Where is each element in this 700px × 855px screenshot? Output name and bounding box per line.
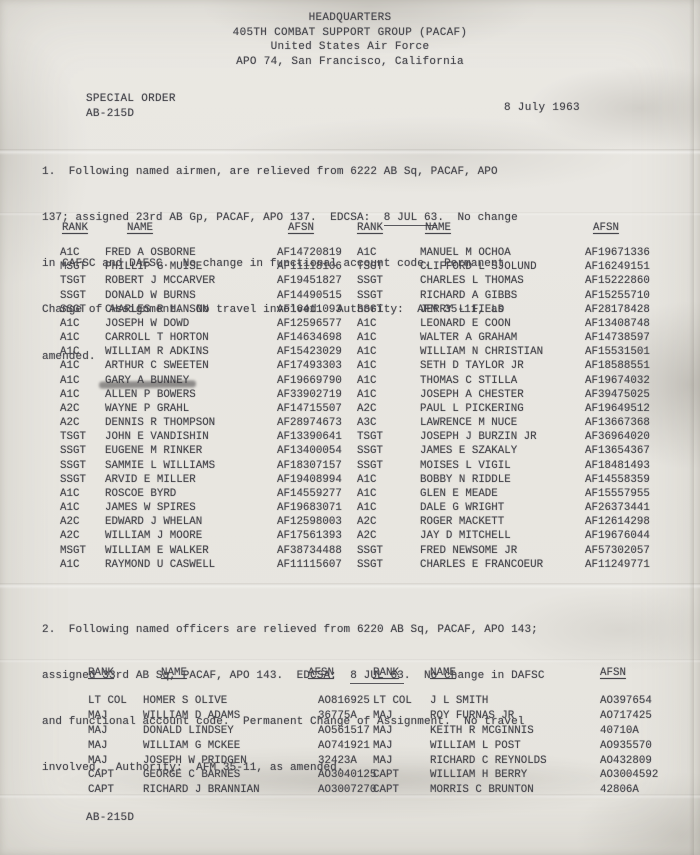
table-cell: MAJ — [88, 709, 143, 724]
table-body: A1CFRED A OSBORNEAF14720819A1CMANUEL M O… — [60, 246, 678, 572]
table-cell: LEONARD E COON — [420, 317, 585, 331]
table-cell: A1C — [60, 501, 105, 515]
table-row: A1CARTHUR C SWEETENAF17493303A1CSETH D T… — [60, 359, 678, 373]
table-row: MSGTWILLIAM E WALKERAF38734488SSGTFRED N… — [60, 544, 678, 558]
table-row: MAJWILLIAM D ADAMS36775AMAJROY FURNAS JR… — [88, 709, 680, 724]
table-cell: AF19676044 — [585, 529, 678, 543]
table-cell: AF17493303 — [277, 359, 357, 373]
table-cell: CHARLES L THOMAS — [420, 274, 585, 288]
table-cell: ROGER MACKETT — [420, 515, 585, 529]
table-cell: GLEN E MEADE — [420, 487, 585, 501]
table-cell: JAMES E SZAKALY — [420, 444, 585, 458]
table-row: A1CGARY A BUNNEYAF19669790A1CTHOMAS C ST… — [60, 374, 678, 388]
letterhead-line-headquarters: HEADQUARTERS — [0, 11, 700, 26]
table-cell: LT COL — [373, 694, 430, 709]
table-cell: AF14738597 — [585, 331, 678, 345]
column-header-afsn: AFSN — [308, 667, 334, 681]
table-cell: CAPT — [373, 783, 430, 798]
table-cell: AO717425 — [600, 709, 680, 724]
table-cell: SSGT — [357, 289, 420, 303]
table-cell: EDWARD J WHELAN — [105, 515, 277, 529]
table-cell: KEITH R MCGINNIS — [430, 724, 600, 739]
letterhead-line-address: APO 74, San Francisco, California — [0, 55, 700, 70]
paragraph-line: 2. Following named officers are relieved… — [42, 623, 545, 638]
table-cell: AF18307157 — [277, 459, 357, 473]
table-cell: AF16249151 — [585, 260, 678, 274]
table-row: SSGTARVID E MILLERAF19408994A1CBOBBY N R… — [60, 473, 678, 487]
table-cell: JERRY L FIELD — [420, 303, 585, 317]
table-cell: DONALD LINDSEY — [143, 724, 318, 739]
table-cell: CHARLES E FRANCOEUR — [420, 558, 585, 572]
table-cell: LAWRENCE M NUCE — [420, 416, 585, 430]
column-header-name: NAME — [430, 667, 456, 681]
table-row: A1CROSCOE BYRDAF14559277A1CGLEN E MEADEA… — [60, 487, 678, 501]
letterhead-line-service: United States Air Force — [0, 40, 700, 55]
table-cell: AF14558359 — [585, 473, 678, 487]
table-cell: WALTER A GRAHAM — [420, 331, 585, 345]
table-row: A2CEDWARD J WHELANAF12598003A2CROGER MAC… — [60, 515, 678, 529]
table-cell: RICHARD J BRANNIAN — [143, 783, 318, 798]
table-cell: AF14559277 — [277, 487, 357, 501]
table-cell: AF14720819 — [277, 246, 357, 260]
paper-edge-shadow — [689, 0, 694, 855]
table-cell: J L SMITH — [430, 694, 600, 709]
table-cell: AF19451827 — [277, 274, 357, 288]
table-cell: AF13390641 — [277, 430, 357, 444]
table-cell: A1C — [60, 374, 105, 388]
table-cell: AF19683071 — [277, 501, 357, 515]
table-cell: SSGT — [357, 274, 420, 288]
table-row: A1CALLEN P BOWERSAF33902719A1CJOSEPH A C… — [60, 388, 678, 402]
table-cell: AF15222860 — [585, 274, 678, 288]
column-header-name: NAME — [420, 222, 451, 236]
table-cell: AF38734488 — [277, 544, 357, 558]
table-row: MAJDONALD LINDSEYAO561517MAJKEITH R MCGI… — [88, 724, 680, 739]
table-row: CAPTRICHARD J BRANNIANAO3007270CAPTMORRI… — [88, 783, 680, 798]
table-cell: AO397654 — [600, 694, 680, 709]
table-cell: SSGT — [357, 444, 420, 458]
table-cell: WILLIAM D ADAMS — [143, 709, 318, 724]
table-cell: AF57302057 — [585, 544, 678, 558]
table-cell: AF14715507 — [277, 402, 357, 416]
table-cell: AF16411093 — [277, 303, 357, 317]
table-cell: AO3007270 — [318, 783, 373, 798]
table-cell: AF19408994 — [277, 473, 357, 487]
column-header-afsn: AFSN — [277, 222, 314, 236]
table-cell: AF18588551 — [585, 359, 678, 373]
table-row: A2CDENNIS R THOMPSONAF28974673A3CLAWRENC… — [60, 416, 678, 430]
table-cell: AO816925 — [318, 694, 373, 709]
table-cell: WILLIAM L POST — [430, 739, 600, 754]
table-cell: MSGT — [60, 544, 105, 558]
table-cell: JAY D MITCHELL — [420, 529, 585, 543]
table-cell: GARY A BUNNEY — [105, 374, 277, 388]
table-cell: AF13667368 — [585, 416, 678, 430]
table-cell: FRED A OSBORNE — [105, 246, 277, 260]
column-header-rank: RANK — [88, 667, 114, 681]
table-row: A1CFRED A OSBORNEAF14720819A1CMANUEL M O… — [60, 246, 678, 260]
table-cell: AF26373441 — [585, 501, 678, 515]
table-cell: AF17561393 — [277, 529, 357, 543]
table-cell: AF12598003 — [277, 515, 357, 529]
table-cell: RICHARD C REYNOLDS — [430, 754, 600, 769]
table-cell: A1C — [357, 473, 420, 487]
table-body: LT COLHOMER S OLIVEAO816925LT COLJ L SMI… — [88, 694, 680, 798]
table-cell: ROSCOE BYRD — [105, 487, 277, 501]
table-cell: AF33902719 — [277, 388, 357, 402]
table-cell: ARVID E MILLER — [105, 473, 277, 487]
table-cell: MAJ — [373, 709, 430, 724]
column-header-rank: RANK — [373, 667, 399, 681]
table-cell: WAYNE P GRAHL — [105, 402, 277, 416]
table-cell: AO432809 — [600, 754, 680, 769]
table-cell: SSGT — [60, 473, 105, 487]
table-cell: MAJ — [88, 754, 143, 769]
table-cell: AF14490515 — [277, 289, 357, 303]
table-cell: RICHARD A GIBBS — [420, 289, 585, 303]
table-cell: SSGT — [60, 444, 105, 458]
table-cell: WILLIAM E WALKER — [105, 544, 277, 558]
table-cell: DENNIS R THOMPSON — [105, 416, 277, 430]
table-row: A1CWILLIAM R ADKINSAF15423029A1CWILLIAM … — [60, 345, 678, 359]
table-cell: CARROLL T HORTON — [105, 331, 277, 345]
table-cell: A1C — [357, 359, 420, 373]
table-cell: SSGT — [357, 303, 420, 317]
order-label: SPECIAL ORDER — [86, 92, 176, 107]
table-cell: 32423A — [318, 754, 373, 769]
table-cell: A2C — [60, 515, 105, 529]
table-cell: JOSEPH W PRIDGEN — [143, 754, 318, 769]
table-cell: AO741921 — [318, 739, 373, 754]
column-header-name: NAME — [105, 222, 153, 236]
table-row: CAPTGEORGE C BARNESAO3040125CAPTWILLIAM … — [88, 768, 680, 783]
table-cell: HOMER S OLIVE — [143, 694, 318, 709]
table-row: LT COLHOMER S OLIVEAO816925LT COLJ L SMI… — [88, 694, 680, 709]
table-cell: A1C — [60, 246, 105, 260]
table-cell: AF36964020 — [585, 430, 678, 444]
table-cell: A1C — [60, 345, 105, 359]
table-row: MAJJOSEPH W PRIDGEN32423AMAJRICHARD C RE… — [88, 754, 680, 769]
page-footer-order-number: AB-215D — [86, 812, 134, 824]
table-cell: SSGT — [60, 459, 105, 473]
table-row: SSGTDONALD W BURNSAF14490515SSGTRICHARD … — [60, 289, 678, 303]
table-cell: A1C — [60, 317, 105, 331]
table-cell: RAYMOND U CASWELL — [105, 558, 277, 572]
table-cell: A1C — [357, 388, 420, 402]
table-cell: A1C — [357, 331, 420, 345]
table-row: MAJWILLIAM G MCKEEAO741921MAJWILLIAM L P… — [88, 739, 680, 754]
table-cell: SSGT — [60, 289, 105, 303]
table-cell: A2C — [357, 515, 420, 529]
table-cell: JOSEPH J BURZIN JR — [420, 430, 585, 444]
table-cell: MSGT — [60, 260, 105, 274]
table-cell: AF28178428 — [585, 303, 678, 317]
table-row: SSGTEUGENE M RINKERAF13400054SSGTJAMES E… — [60, 444, 678, 458]
table-cell: AF15255710 — [585, 289, 678, 303]
column-header-rank: RANK — [357, 222, 383, 236]
table-header-row: RANK NAME AFSN RANK NAME AFSN — [88, 667, 680, 681]
table-cell: JOSEPH W DOWD — [105, 317, 277, 331]
table-cell: CHARLES R HANSON — [105, 303, 277, 317]
table-cell: WILLIAM N CHRISTIAN — [420, 345, 585, 359]
table-cell: AF12614298 — [585, 515, 678, 529]
officers-roster-table: RANK NAME AFSN RANK NAME AFSN LT COLHOME… — [88, 667, 680, 798]
table-row: MSGTPHILLIP G MUISEAF11118106TSGTCLIFFOR… — [60, 260, 678, 274]
table-row: A1CJOSEPH W DOWDAF12596577A1CLEONARD E C… — [60, 317, 678, 331]
table-cell: MAJ — [373, 724, 430, 739]
letterhead-line-unit: 405TH COMBAT SUPPORT GROUP (PACAF) — [0, 26, 700, 41]
table-cell: TSGT — [60, 430, 105, 444]
table-cell: A2C — [60, 529, 105, 543]
table-cell: A2C — [357, 402, 420, 416]
table-cell: THOMAS C STILLA — [420, 374, 585, 388]
table-cell: WILLIAM H BERRY — [430, 768, 600, 783]
table-cell: EUGENE M RINKER — [105, 444, 277, 458]
table-cell: AF13408748 — [585, 317, 678, 331]
table-cell: TSGT — [357, 430, 420, 444]
table-row: A1CCARROLL T HORTONAF14634698A1CWALTER A… — [60, 331, 678, 345]
paragraph-line: 1. Following named airmen, are relieved … — [42, 165, 518, 180]
table-cell: AF15531501 — [585, 345, 678, 359]
table-row: SSGTSAMMIE L WILLIAMSAF18307157SSGTMOISE… — [60, 459, 678, 473]
table-cell: MORRIS C BRUNTON — [430, 783, 600, 798]
table-cell: BOBBY N RIDDLE — [420, 473, 585, 487]
table-cell: AF28974673 — [277, 416, 357, 430]
table-cell: AO935570 — [600, 739, 680, 754]
scanned-document-page: HEADQUARTERS 405TH COMBAT SUPPORT GROUP … — [0, 0, 700, 855]
table-header-row: RANK NAME AFSN RANK NAME AFSN — [60, 222, 678, 236]
table-cell: AF19669790 — [277, 374, 357, 388]
table-row: A2CWAYNE P GRAHLAF14715507A2CPAUL L PICK… — [60, 402, 678, 416]
column-header-afsn: AFSN — [585, 222, 619, 236]
table-cell: MAJ — [88, 739, 143, 754]
table-cell: TSGT — [357, 260, 420, 274]
table-cell: AO561517 — [318, 724, 373, 739]
table-cell: AF15557955 — [585, 487, 678, 501]
table-cell: MAJ — [88, 724, 143, 739]
table-cell: SSGT — [60, 303, 105, 317]
table-cell: A1C — [60, 388, 105, 402]
table-cell: WILLIAM G MCKEE — [143, 739, 318, 754]
table-cell: 42806A — [600, 783, 680, 798]
table-row: TSGTJOHN E VANDISHINAF13390641TSGTJOSEPH… — [60, 430, 678, 444]
table-cell: ROBERT J MCCARVER — [105, 274, 277, 288]
table-cell: ALLEN P BOWERS — [105, 388, 277, 402]
table-row: A1CJAMES W SPIRESAF19683071A1CDALE G WRI… — [60, 501, 678, 515]
table-cell: AF11118106 — [277, 260, 357, 274]
table-cell: MAJ — [373, 739, 430, 754]
table-cell: A1C — [60, 331, 105, 345]
table-cell: A1C — [357, 501, 420, 515]
table-cell: FRED NEWSOME JR — [420, 544, 585, 558]
table-cell: 40710A — [600, 724, 680, 739]
table-cell: JAMES W SPIRES — [105, 501, 277, 515]
table-cell: SSGT — [357, 459, 420, 473]
table-cell: WILLIAM J MOORE — [105, 529, 277, 543]
table-cell: DONALD W BURNS — [105, 289, 277, 303]
table-cell: AF15423029 — [277, 345, 357, 359]
table-row: A2CWILLIAM J MOOREAF17561393A2CJAY D MIT… — [60, 529, 678, 543]
table-cell: AF13400054 — [277, 444, 357, 458]
table-cell: DALE G WRIGHT — [420, 501, 585, 515]
table-cell: A1C — [357, 345, 420, 359]
letterhead: HEADQUARTERS 405TH COMBAT SUPPORT GROUP … — [0, 11, 700, 69]
table-cell: AF11115607 — [277, 558, 357, 572]
table-cell: GEORGE C BARNES — [143, 768, 318, 783]
table-cell: TSGT — [60, 274, 105, 288]
table-cell: CAPT — [373, 768, 430, 783]
document-date: 8 July 1963 — [504, 102, 580, 114]
table-cell: 36775A — [318, 709, 373, 724]
table-row: SSGTCHARLES R HANSONAF16411093SSGTJERRY … — [60, 303, 678, 317]
table-cell: CAPT — [88, 783, 143, 798]
table-cell: AF39475025 — [585, 388, 678, 402]
column-header-name: NAME — [143, 667, 187, 681]
table-cell: MOISES L VIGIL — [420, 459, 585, 473]
table-cell: A1C — [60, 359, 105, 373]
table-cell: SSGT — [357, 544, 420, 558]
table-cell: A2C — [60, 402, 105, 416]
order-block: SPECIAL ORDER AB-215D — [86, 92, 176, 122]
table-cell: AF14634698 — [277, 331, 357, 345]
table-cell: A1C — [60, 558, 105, 572]
table-cell: CLIFFORD L SJOLUND — [420, 260, 585, 274]
table-cell: AF19671336 — [585, 246, 678, 260]
table-cell: AO3040125 — [318, 768, 373, 783]
table-cell: JOSEPH A CHESTER — [420, 388, 585, 402]
table-cell: SSGT — [357, 558, 420, 572]
paper-crease — [0, 583, 700, 589]
column-header-afsn: AFSN — [600, 667, 626, 681]
table-row: A1CRAYMOND U CASWELLAF11115607SSGTCHARLE… — [60, 558, 678, 572]
table-cell: AF18481493 — [585, 459, 678, 473]
table-cell: PHILLIP G MUISE — [105, 260, 277, 274]
column-header-rank: RANK — [60, 222, 88, 236]
order-number: AB-215D — [86, 107, 176, 122]
table-cell: JOHN E VANDISHIN — [105, 430, 277, 444]
table-cell: AF12596577 — [277, 317, 357, 331]
table-cell: A3C — [357, 416, 420, 430]
table-cell: AF19649512 — [585, 402, 678, 416]
table-cell: A1C — [357, 246, 420, 260]
table-cell: AF19674032 — [585, 374, 678, 388]
table-cell: A1C — [60, 487, 105, 501]
table-cell: LT COL — [88, 694, 143, 709]
airmen-roster-table: RANK NAME AFSN RANK NAME AFSN A1CFRED A … — [60, 222, 678, 572]
table-cell: A1C — [357, 317, 420, 331]
table-cell: AF11249771 — [585, 558, 678, 572]
table-cell: PAUL L PICKERING — [420, 402, 585, 416]
table-cell: WILLIAM R ADKINS — [105, 345, 277, 359]
table-cell: ROY FURNAS JR — [430, 709, 600, 724]
table-cell: A2C — [357, 529, 420, 543]
table-cell: CAPT — [88, 768, 143, 783]
table-row: TSGTROBERT J MCCARVERAF19451827SSGTCHARL… — [60, 274, 678, 288]
table-cell: A1C — [357, 374, 420, 388]
table-cell: ARTHUR C SWEETEN — [105, 359, 277, 373]
table-cell: A1C — [357, 487, 420, 501]
table-cell: AF13654367 — [585, 444, 678, 458]
table-cell: AO3004592 — [600, 768, 680, 783]
table-cell: SAMMIE L WILLIAMS — [105, 459, 277, 473]
table-cell: MAJ — [373, 754, 430, 769]
table-cell: A2C — [60, 416, 105, 430]
table-cell: MANUEL M OCHOA — [420, 246, 585, 260]
table-cell: SETH D TAYLOR JR — [420, 359, 585, 373]
